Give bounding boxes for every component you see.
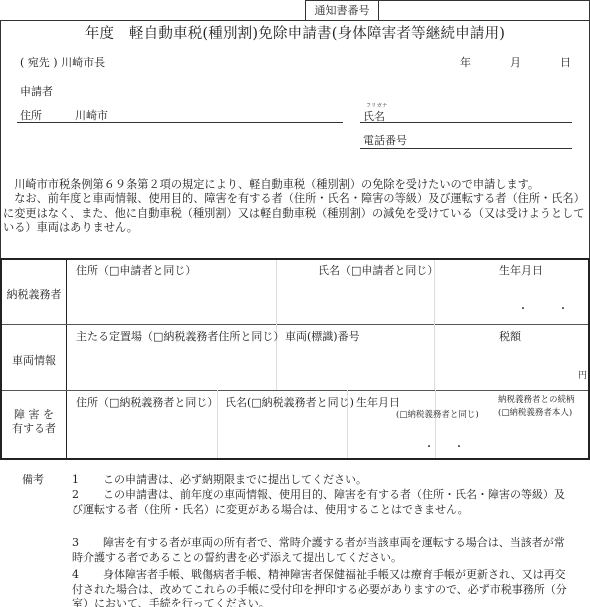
col-divider <box>434 260 435 390</box>
note-number: 2 <box>72 488 79 503</box>
applicant-address-underline <box>17 122 343 123</box>
note-text: この申請書は、必ず納期限までに提出してください。 <box>72 473 572 488</box>
date-year-label: 年 <box>460 54 471 70</box>
row-divider-2 <box>2 390 588 391</box>
applicant-name-underline[interactable] <box>360 122 572 123</box>
yen-unit: 円 <box>578 368 587 381</box>
applicant-phone-label: 電話番号 <box>363 132 407 148</box>
note-text: 障害を有する者が車両の所有者で、常時介護する者が当該車両を運転する場合は、当該者… <box>72 536 572 565</box>
note-item: 4 身体障害者手帳、戦傷病者手帳、精神障害者保健福祉手帳又は療育手帳が更新され、… <box>72 568 572 607</box>
tax-amount-field[interactable]: 税額 <box>499 328 521 344</box>
date-day-label: 日 <box>560 54 571 70</box>
taxpayer-address-field[interactable]: 住所（□申請者と同じ） <box>76 262 196 278</box>
note-number: 1 <box>72 473 79 488</box>
applicant-phone-underline[interactable] <box>360 148 572 149</box>
disabled-person-address-field[interactable]: 住所（□納税義務者と同じ） <box>76 394 218 410</box>
relation-field[interactable]: 納税義務者との続柄 <box>498 393 575 405</box>
note-item: 3 障害を有する者が車両の所有者で、常時介護する者が当該車両を運転する場合は、当… <box>72 536 572 565</box>
notice-number-box: 通知書番号 <box>305 0 590 21</box>
notice-number-label: 通知書番号 <box>306 1 379 20</box>
taxpayer-row-header: 納税義務者 <box>2 286 66 302</box>
declaration-text: 川崎市市税条例第６９条第２項の規定により、軽自動車税（種別割）の免除を受けたいの… <box>3 178 589 235</box>
disabled-person-birthdate-same-checkbox[interactable]: (□納税義務者と同じ) <box>396 408 479 420</box>
note-text: 身体障害者手帳、戦傷病者手帳、精神障害者保健福祉手帳又は療育手帳が更新され、又は… <box>72 568 572 607</box>
disabled-person-header-line-1: 障 害 を <box>2 408 66 422</box>
taxpayer-name-field[interactable]: 氏名（□申請者と同じ） <box>318 262 438 278</box>
applicant-heading: 申請者 <box>20 83 53 99</box>
relation-self-checkbox[interactable]: (□納税義務者本人) <box>498 406 572 418</box>
taxpayer-birthdate-field[interactable]: 生年月日 <box>499 262 543 278</box>
form-title: 年度 軽自動車税(種別割)免除申請書(身体障害者等継続申請用) <box>0 22 590 43</box>
note-text: この申請書は、前年度の車両情報、使用目的、障害を有する者（住所・氏名・障害の等級… <box>72 488 572 517</box>
taxpayer-birthdate-dots: ・ ・ <box>518 300 568 315</box>
date-month-label: 月 <box>510 54 521 70</box>
row-header-divider <box>66 260 67 458</box>
note-item: 1 この申請書は、必ず納期限までに提出してください。 <box>72 473 572 488</box>
declaration-paragraph-2: なお、前年度と車両情報、使用目的、障害を有する者（住所・氏名・障害の等級）及び運… <box>3 192 589 235</box>
note-item: 2 この申請書は、前年度の車両情報、使用目的、障害を有する者（住所・氏名・障害の… <box>72 488 572 517</box>
disabled-person-name-field[interactable]: 氏名(□納税義務者と同じ) <box>225 394 354 410</box>
applicant-address-value[interactable]: 川崎市 <box>75 107 108 123</box>
notice-number-field[interactable] <box>379 1 589 20</box>
col-divider <box>276 260 277 390</box>
addressee: ( 宛先 ) 川崎市長 <box>20 54 105 70</box>
row-divider-1 <box>2 324 588 325</box>
vehicle-row-header: 車両情報 <box>2 352 66 368</box>
disabled-person-row-header: 障 害 を 有する者 <box>2 408 66 436</box>
disabled-person-birthdate-field[interactable]: 生年月日 <box>356 394 400 410</box>
notes-title: 備考 <box>22 473 44 488</box>
details-table: 納税義務者 住所（□申請者と同じ） 氏名（□申請者と同じ） 生年月日 ・ ・ 車… <box>0 258 590 460</box>
declaration-paragraph-1: 川崎市市税条例第６９条第２項の規定により、軽自動車税（種別割）の免除を受けたいの… <box>3 178 589 192</box>
disabled-person-header-line-2: 有する者 <box>2 422 66 436</box>
vehicle-location-field[interactable]: 主たる定置場（□納税義務者住所と同じ） <box>76 328 284 344</box>
applicant-address-label: 住所 <box>20 107 42 123</box>
note-number: 3 <box>72 536 79 551</box>
note-number: 4 <box>72 568 79 583</box>
disabled-person-birthdate-dots: ・ ・ <box>424 438 464 453</box>
vehicle-plate-field[interactable]: 車両(標識)番号 <box>285 328 360 344</box>
